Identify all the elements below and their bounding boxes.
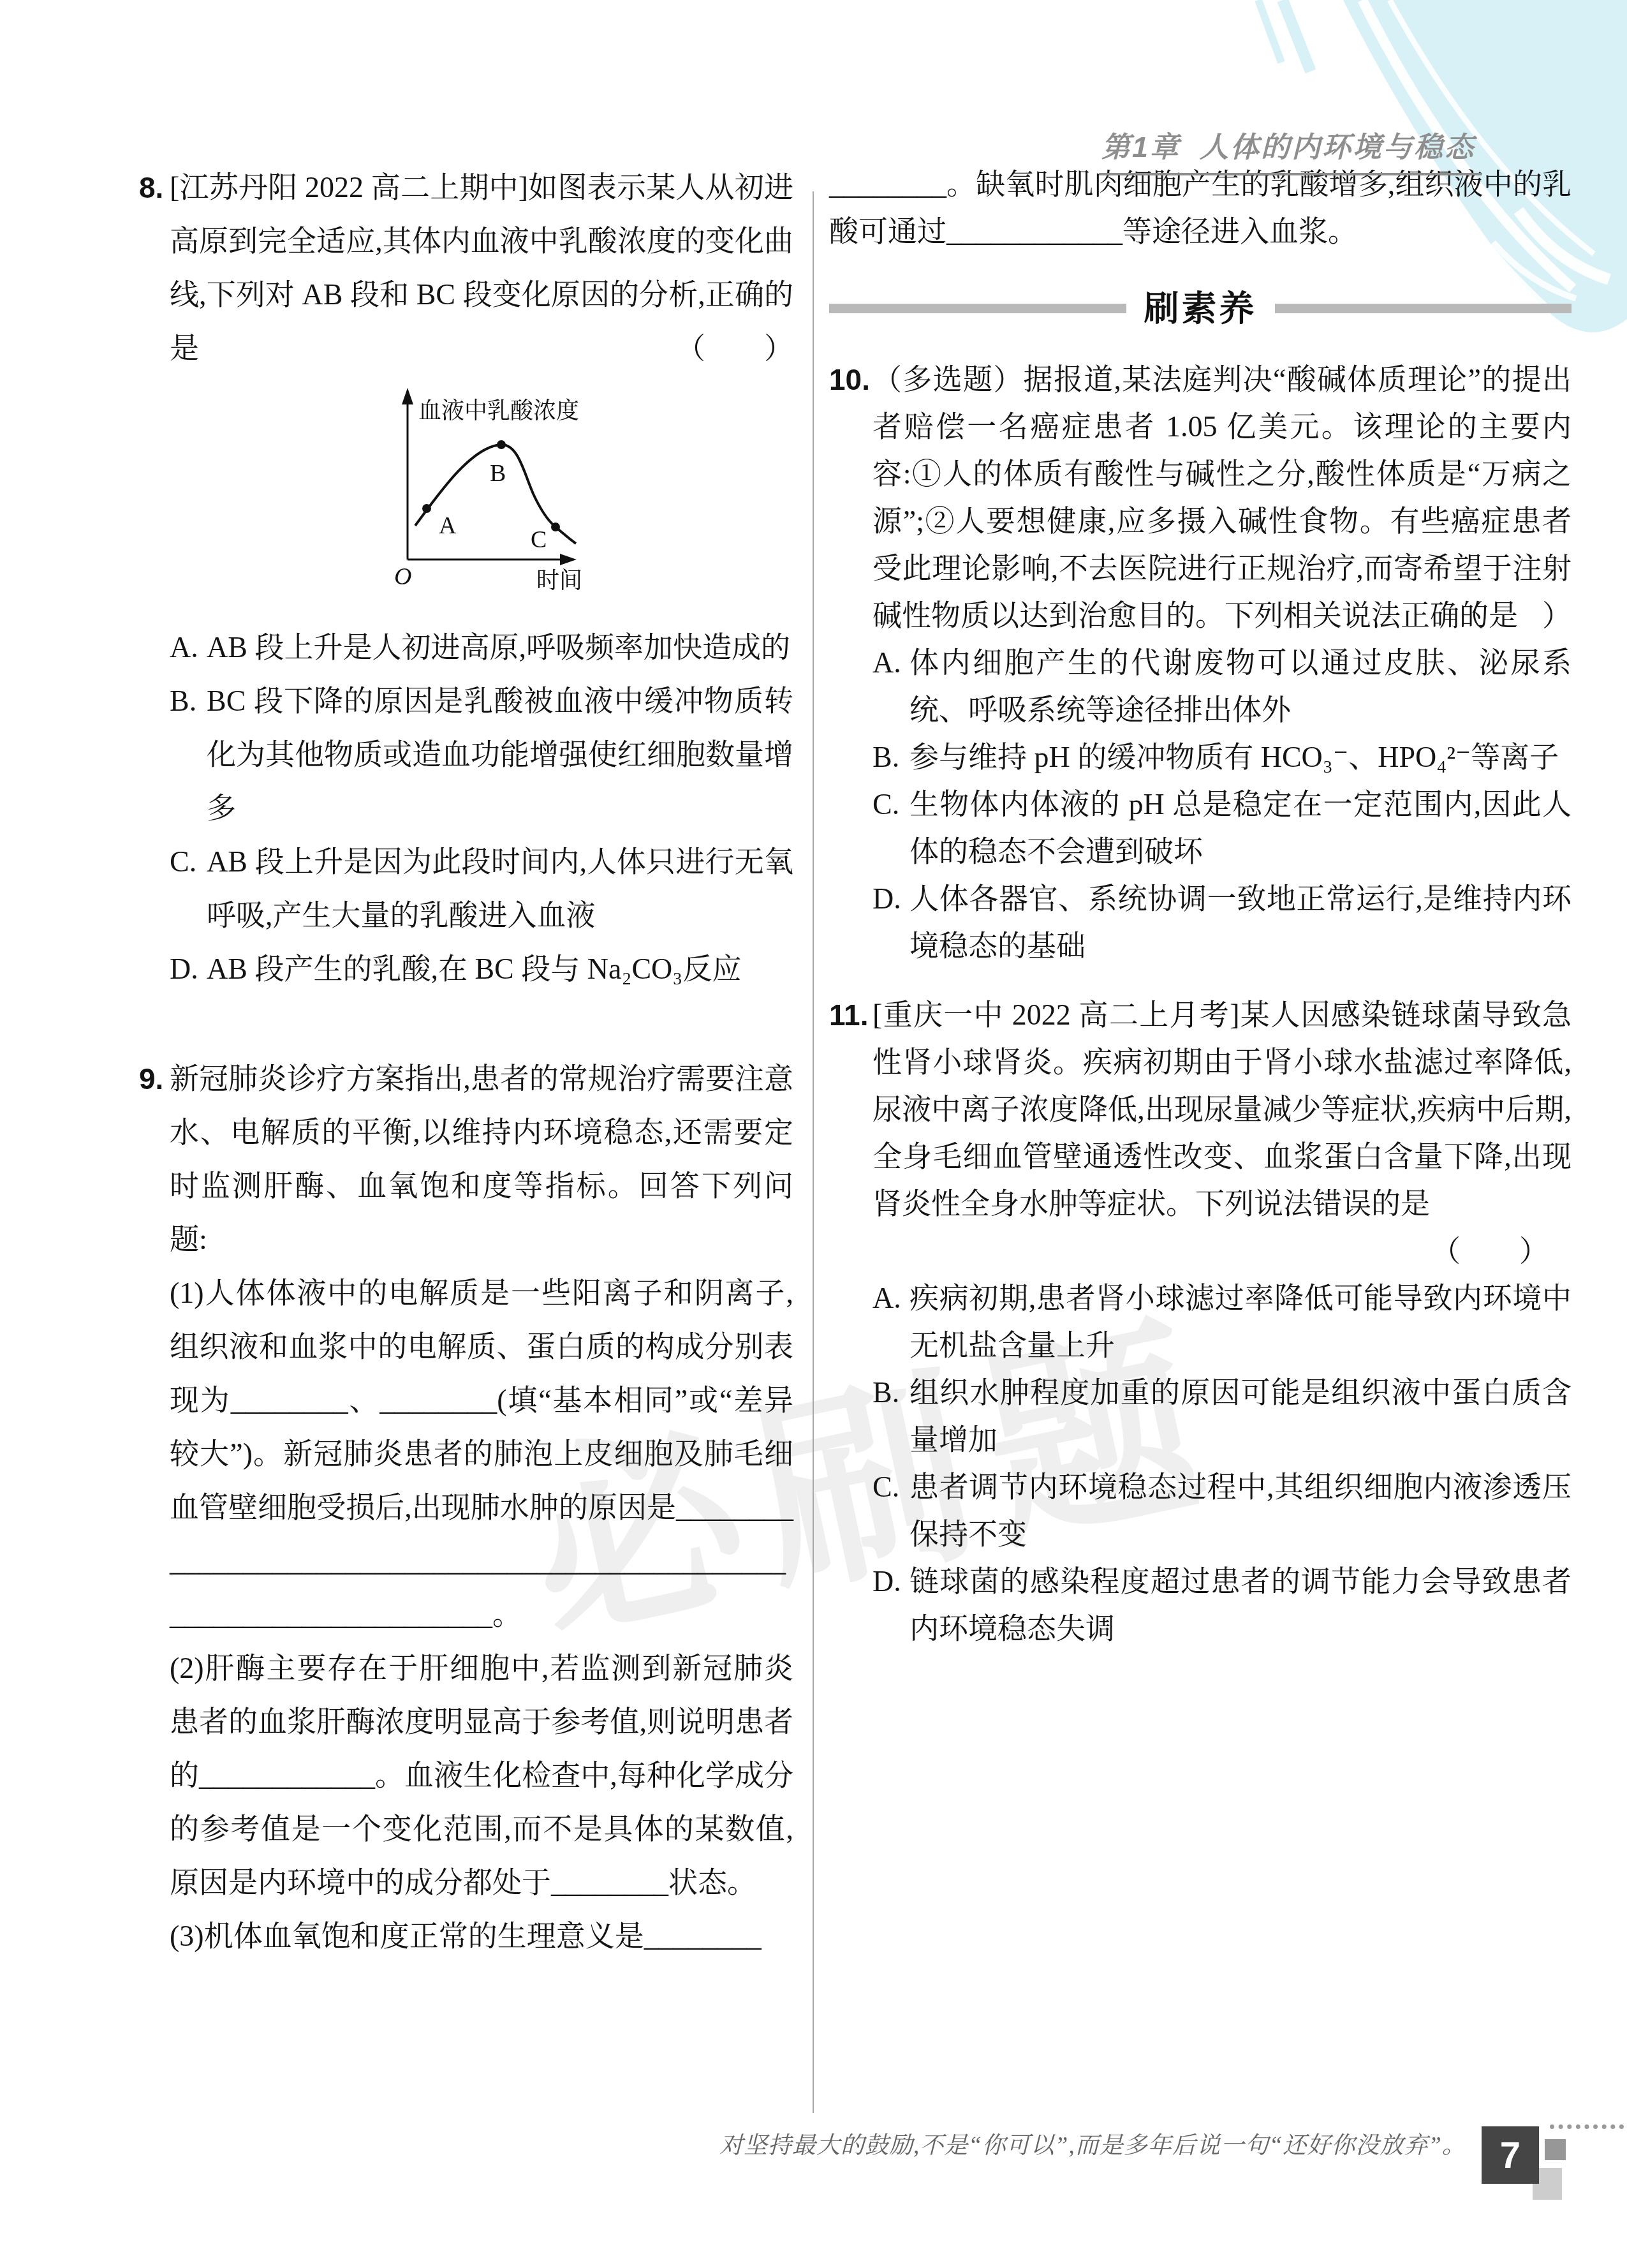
chapter-number: 第1章 [1101,131,1181,163]
point-B-dot [497,440,506,449]
question-10-stem: （多选题）据报道,某法庭判决“酸碱体质理论”的提出者赔偿一名癌症患者 1.05 … [872,356,1572,639]
point-C-label: C [531,526,547,553]
question-8-option-c: C.AB 段上升是因为此段时间内,人体只进行无氧呼吸,产生大量的乳酸进入血液 [170,835,793,942]
question-9: 9. 新冠肺炎诊疗方案指出,患者的常规治疗需要注意水、电解质的平衡,以维持内环境… [139,1052,793,1963]
option-c-text: AB 段上升是因为此段时间内,人体只进行无氧呼吸,产生大量的乳酸进入血液 [207,845,793,931]
option-d-text: 人体各器官、系统协调一致地正常运行,是维持内环境稳态的基础 [909,882,1572,962]
option-c-text: 生物体内体液的 pH 总是稳定在一定范围内,因此人体的稳态不会遭到破坏 [909,788,1572,868]
question-10-answer-bracket: （ ） [1454,592,1572,639]
question-9-part1: (1)人体体液中的电解质是一些阳离子和阴离子,组织液和血浆中的电解质、蛋白质的构… [170,1266,793,1642]
question-8-number: 8. [139,161,163,214]
question-10-option-d: D.人体各器官、系统协调一致地正常运行,是维持内环境稳态的基础 [872,875,1572,970]
question-10-number: 10. [829,356,870,403]
chapter-header: 第1章人体的内环境与稳态 [1099,124,1482,175]
question-8-option-a: A.AB 段上升是人初进高原,呼吸频率加快造成的 [170,621,793,674]
footer-square-mid [1545,2139,1566,2160]
question-9-stem: 新冠肺炎诊疗方案指出,患者的常规治疗需要注意水、电解质的平衡,以维持内环境稳态,… [170,1052,793,1266]
right-column: ________。缺氧时肌肉细胞产生的乳酸增多,组织液中的乳酸可通过______… [829,161,1572,1652]
question-10: 10. （多选题）据报道,某法庭判决“酸碱体质理论”的提出者赔偿一名癌症患者 1… [829,356,1572,970]
point-A-dot [422,504,431,513]
question-9-number: 9. [139,1052,163,1106]
footer-dotted-line [1550,2124,1624,2129]
option-c-label: C. [872,1464,899,1511]
option-d-text: AB 段产生的乳酸,在 BC 段与 Na₂CO₃反应 [207,952,741,985]
point-A-label: A [439,512,457,539]
band-right-bar [1275,304,1572,313]
textbook-page: 第1章人体的内环境与稳态 必刷题 8. [江苏丹阳 2022 高二上期中]如图表… [0,0,1627,2268]
option-b-text: 参与维持 pH 的缓冲物质有 HCO₃⁻、HPO₄²⁻等离子 [909,741,1559,773]
option-c-label: C. [170,835,196,889]
chart-origin-label: O [394,563,411,590]
question-11-option-c: C.患者调节内环境稳态过程中,其组织细胞内液渗透压保持不变 [872,1464,1572,1558]
question-9-part3: (3)机体血氧饱和度正常的生理意义是________ [170,1909,793,1963]
question-10-stem-text: （多选题）据报道,某法庭判决“酸碱体质理论”的提出者赔偿一名癌症患者 1.05 … [872,363,1572,632]
option-d-text: 链球菌的感染程度超过患者的调节能力会导致患者内环境稳态失调 [909,1565,1572,1645]
question-8: 8. [江苏丹阳 2022 高二上期中]如图表示某人从初进高原到完全适应,其体内… [139,161,793,996]
question-8-option-b: B.BC 段下降的原因是乳酸被血液中缓冲物质转化为其他物质或造血功能增强使红细胞… [170,674,793,835]
question-8-answer-bracket: （ ） [676,322,793,375]
footer-quote: 对坚持最大的鼓励,不是“你可以”,而是多年后说一句“还好你没放弃”。 [719,2126,1466,2160]
option-d-label: D. [170,942,198,996]
band-left-bar [829,304,1126,313]
point-B-label: B [490,460,506,487]
column-divider [813,191,814,2113]
option-d-label: D. [872,1558,901,1605]
question-11-option-d: D.链球菌的感染程度超过患者的调节能力会导致患者内环境稳态失调 [872,1558,1572,1652]
option-c-label: C. [872,781,899,828]
question-11: 11. [重庆一中 2022 高二上月考]某人因感染链球菌导致急性肾小球肾炎。疾… [829,991,1572,1652]
left-column: 8. [江苏丹阳 2022 高二上期中]如图表示某人从初进高原到完全适应,其体内… [139,161,793,1963]
question-11-number: 11. [829,991,868,1039]
section-band: 刷素养 [829,285,1572,332]
option-a-text: AB 段上升是人初进高原,呼吸频率加快造成的 [207,631,790,663]
chapter-title: 人体的内环境与稳态 [1200,131,1475,163]
option-b-label: B. [872,1369,899,1416]
chart-x-label: 时间 [536,568,582,593]
x-axis-arrow [560,554,577,565]
option-a-text: 体内细胞产生的代谢废物可以通过皮肤、泌尿系统、呼吸系统等途径排出体外 [909,646,1572,726]
question-8-stem: [江苏丹阳 2022 高二上期中]如图表示某人从初进高原到完全适应,其体内血液中… [170,161,793,375]
question-11-option-b: B.组织水肿程度加重的原因可能是组织液中蛋白质含量增加 [872,1369,1572,1464]
question-11-answer-bracket: （ ） [872,1227,1572,1275]
option-d-label: D. [872,875,901,923]
chart-y-label: 血液中乳酸浓度 [418,398,579,424]
option-c-text: 患者调节内环境稳态过程中,其组织细胞内液渗透压保持不变 [909,1471,1572,1550]
option-b-text: BC 段下降的原因是乳酸被血液中缓冲物质转化为其他物质或造血功能增强使红细胞数量… [207,685,793,824]
question-10-option-b: B.参与维持 pH 的缓冲物质有 HCO₃⁻、HPO₄²⁻等离子 [872,734,1572,781]
option-b-label: B. [170,674,196,728]
page-number: 7 [1482,2126,1539,2184]
option-a-label: A. [872,1275,901,1322]
question-10-option-a: A.体内细胞产生的代谢废物可以通过皮肤、泌尿系统、呼吸系统等途径排出体外 [872,639,1572,734]
question-9-part2: (2)肝酶主要存在于肝细胞中,若监测到新冠肺炎患者的血浆肝酶浓度明显高于参考值,… [170,1642,793,1909]
point-C-dot [551,523,560,531]
section-band-label: 刷素养 [1144,285,1257,332]
question-10-option-c: C.生物体内体液的 pH 总是稳定在一定范围内,因此人体的稳态不会遭到破坏 [872,781,1572,875]
question-8-option-d: D.AB 段产生的乳酸,在 BC 段与 Na₂CO₃反应 [170,942,793,996]
question-11-stem: [重庆一中 2022 高二上月考]某人因感染链球菌导致急性肾小球肾炎。疾病初期由… [872,991,1572,1227]
option-a-label: A. [872,639,901,686]
option-b-text: 组织水肿程度加重的原因可能是组织液中蛋白质含量增加 [909,1376,1572,1456]
y-axis-arrow [402,388,413,404]
option-a-label: A. [170,621,198,674]
lactate-chart: 血液中乳酸浓度 时间 O A B C [393,385,793,613]
option-a-text: 疾病初期,患者肾小球滤过率降低可能导致内环境中无机盐含量上升 [909,1282,1572,1361]
option-b-label: B. [872,734,899,781]
question-11-option-a: A.疾病初期,患者肾小球滤过率降低可能导致内环境中无机盐含量上升 [872,1275,1572,1369]
